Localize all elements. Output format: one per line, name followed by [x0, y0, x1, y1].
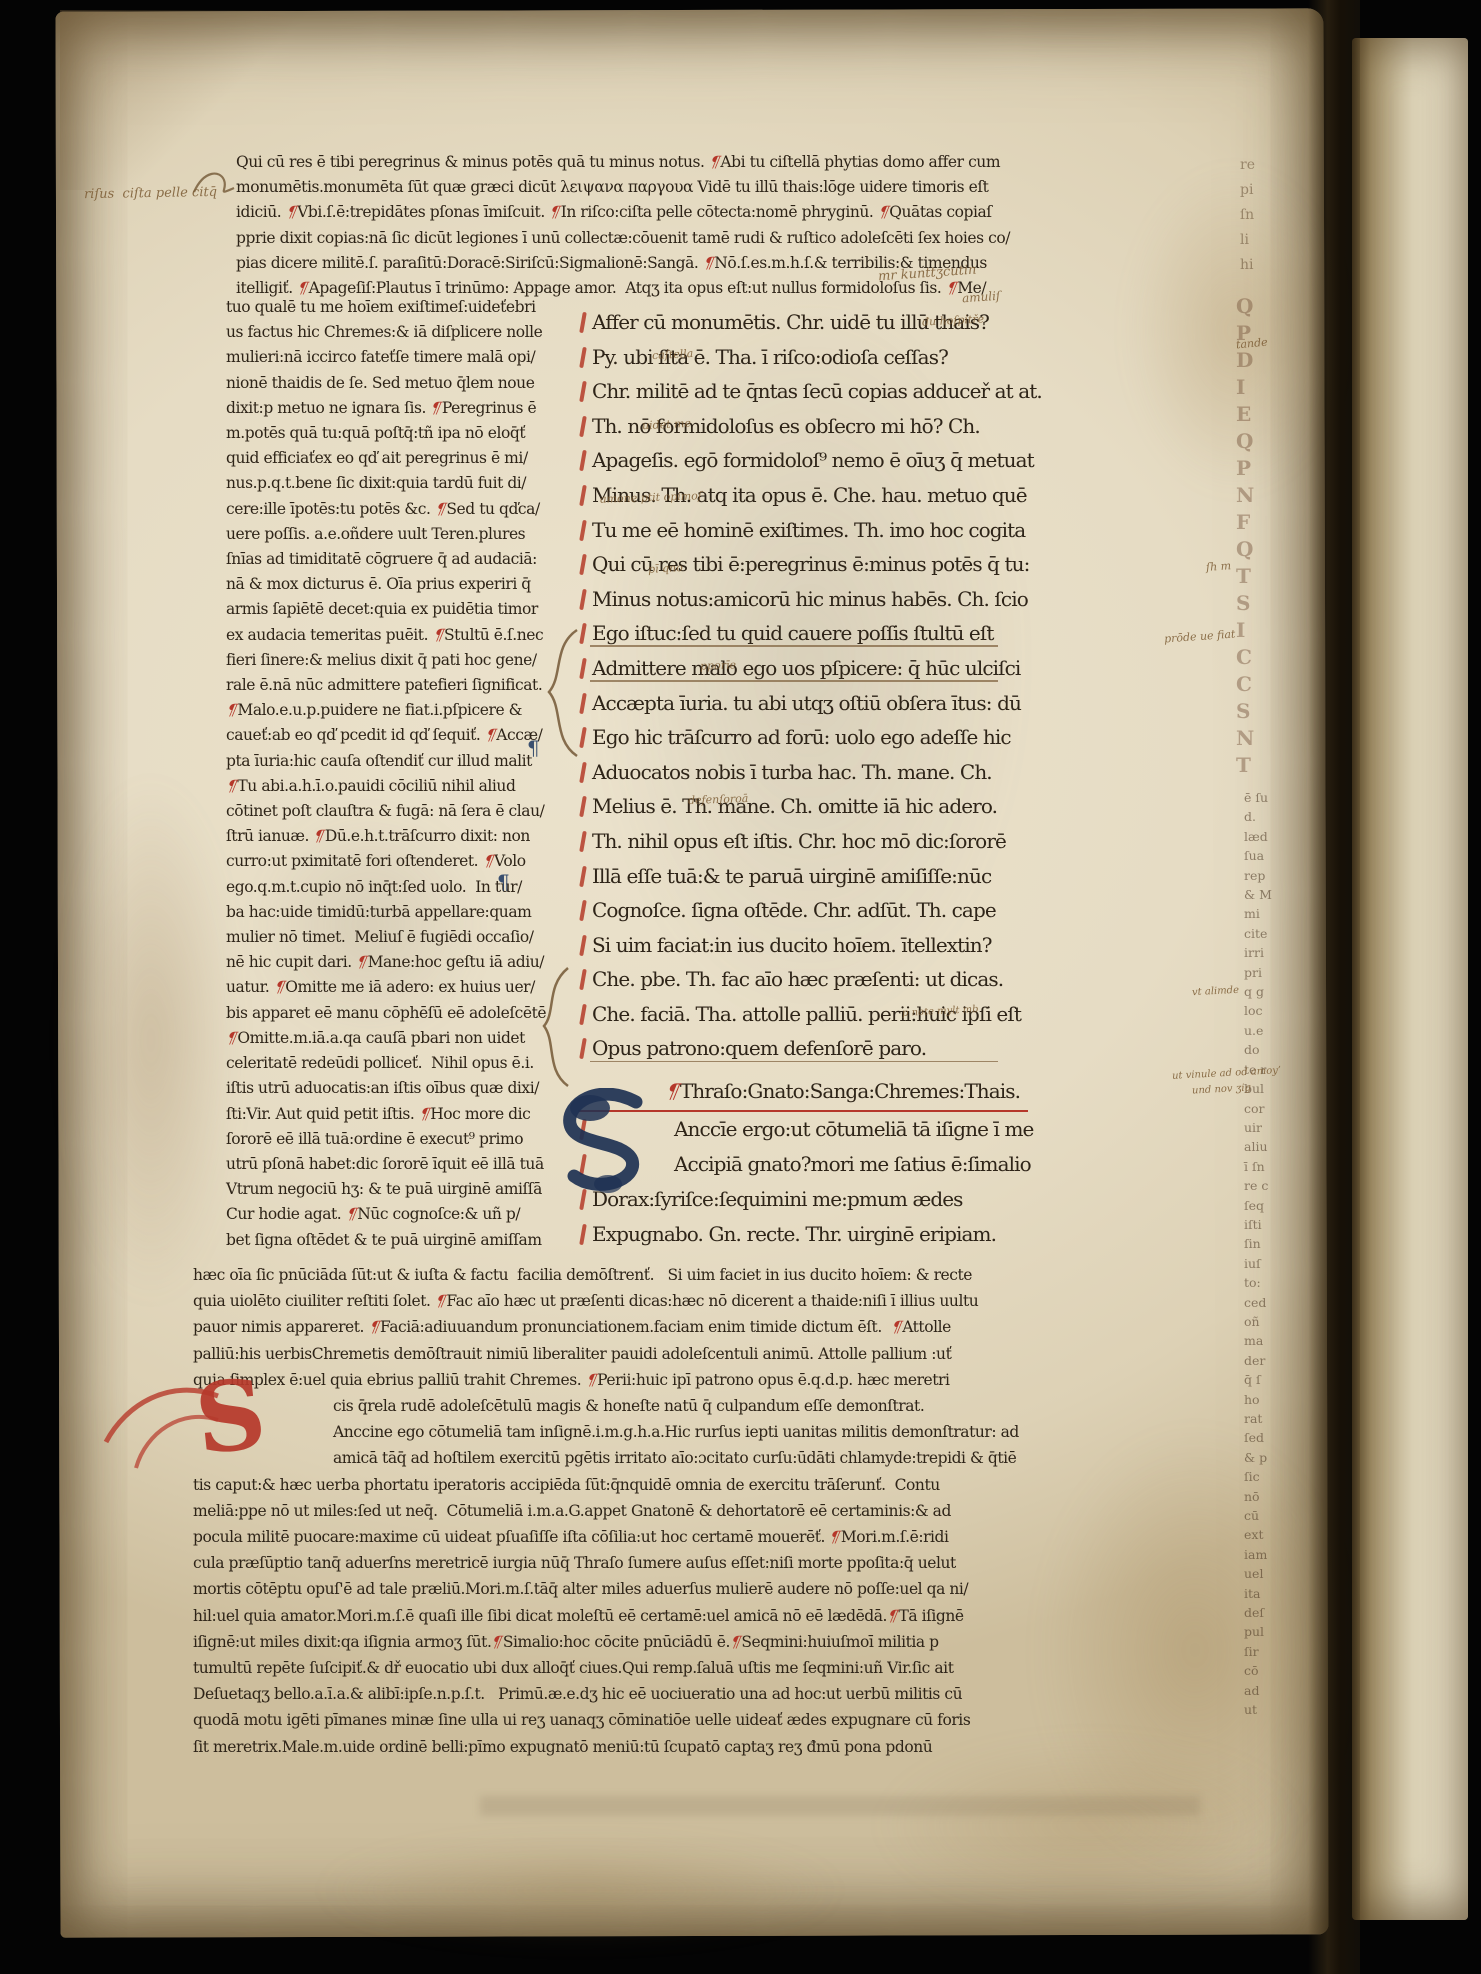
ghost-fragment: oñ [1244, 1312, 1272, 1331]
ghost-capital: C [1236, 644, 1254, 671]
ghost-fragment: ma [1244, 1331, 1272, 1350]
verse-line: Ego iſtuc:ſed tu quid cauere poſſis ſtul… [578, 616, 1028, 651]
commentary-line: tumultū repēte ſuſcipiť.& dř euocatio ub… [193, 1655, 1013, 1681]
commentary-line: ¶Omitte.m.iā.a.qa cauſā pbari non uidet [226, 1026, 576, 1051]
commentary-line: pauor nimis appareret. ¶Faciā:adiuuandum… [193, 1314, 1013, 1340]
ghost-capital: F [1236, 509, 1254, 536]
verse-line: Opus patrono:quem defenſorē paro. [578, 1031, 1028, 1066]
stain [66, 780, 236, 1300]
commentary-line: Qui cū res ē tibi peregrinus & minus pot… [236, 150, 1026, 175]
verse-line: Th. nihil opus eſt iſtis. Chr. hoc mō di… [578, 824, 1028, 859]
ghost-fragment: aliu [1244, 1137, 1272, 1156]
commentary-line: quid efficiaťex eo qď ait peregrinus ē m… [226, 446, 576, 471]
pilcrow-mark: ¶ [224, 774, 239, 799]
commentary-line: bis apparet eē manu cōphēſū eē adoleſcēt… [226, 1001, 576, 1026]
pilcrow-mark: ¶ [876, 200, 891, 225]
blue-ink-paraph: ¶ [527, 736, 540, 760]
commentary-line: pta īuria:hic cauſa oſtendiť cur illud m… [226, 749, 576, 774]
commentary-line: nionē thaidis de ſe. Sed metuo q̄lem nou… [226, 371, 576, 396]
pilcrow-mark: ¶ [433, 1288, 448, 1314]
ghost-capital: S [1236, 590, 1254, 617]
pilcrow-mark: ¶ [701, 251, 716, 276]
ghost-fragment: ced [1244, 1293, 1272, 1312]
commentary-line: Cur hodie agat. ¶Nūc cognoſce:& uñ p/ [226, 1202, 576, 1227]
commentary-line: nā & mox dicturus ē. Oīa prius experiri … [226, 572, 576, 597]
commentary-line: bet ſigna oſtēdet & te puā uirginē amiſſ… [226, 1228, 576, 1253]
ghost-fragment: ē ſu [1244, 788, 1272, 807]
ghost-capital: Q [1236, 536, 1254, 563]
verse-line: Cognoſce. ſigna oſtēde. Chr. adſūt. Th. … [578, 893, 1028, 928]
ghost-fragment: ſua [1244, 846, 1272, 865]
stain [1130, 170, 1340, 490]
commentary-line: dixit:p metuo ne ignara ſis. ¶Peregrinus… [226, 396, 576, 421]
ghost-fragment: re c [1244, 1176, 1272, 1195]
ghost-fragment: mi [1244, 904, 1272, 923]
commentary-line: caueť:ab eo qď pcedit id qď ſequiť. ¶Acc… [226, 723, 576, 748]
ghost-fragment: & p [1244, 1448, 1272, 1467]
verse-line: Che. pbe. Th. fac aīo hæc præſenti: ut d… [578, 962, 1028, 997]
commentary-line: pprie dixit copias:nā ſic dicūt legiones… [236, 226, 1026, 251]
commentary-line: cula præſūptio tanq̄ aduerſns meretricē … [193, 1550, 1013, 1576]
commentary-line: fieri ſinere:& melius dixit q̄ pati hoc … [226, 648, 576, 673]
ghost-fragment: ſic [1244, 1467, 1272, 1486]
commentary-line: ¶Tu abi.a.h.ī.o.pauidi cōciliū nihil ali… [226, 774, 576, 799]
commentary-line: ba hac:uide timidū:turbā appellare:quam [226, 900, 576, 925]
pilcrow-mark: ¶ [224, 1026, 239, 1051]
pilcrow-mark: ¶ [431, 623, 446, 648]
commentary-line: Deſuetaqʒ bello.a.ī.a.& alibī:ipſe.n.p.ſ… [193, 1681, 1013, 1707]
commentary-line: pocula militē puocare:maxime cū uideat p… [193, 1524, 1013, 1550]
ghost-fragment: irri [1244, 943, 1272, 962]
ghost-capital: S [1236, 698, 1254, 725]
commentary-line: ſit meretrix.Male.m.uide ordinē belli:pī… [193, 1734, 1013, 1760]
verse-line: Ego hic trāſcurro ad forū: uolo ego adeſ… [578, 720, 1028, 755]
ghost-fragment: nō [1244, 1487, 1272, 1506]
pilcrow-mark: ¶ [367, 1314, 382, 1340]
ghost-fragment: uir [1244, 1118, 1272, 1137]
commentary-line: Vtrum negociū hʒ: & te puā uirginē amiſſ… [226, 1177, 576, 1202]
commentary-line: cis q̄rela rudē adoleſcētulū magis & hon… [193, 1393, 1013, 1419]
ghost-fragment: u.e [1244, 1021, 1272, 1040]
ghost-fragment: ita [1244, 1584, 1272, 1603]
ghost-fragment: ſeq [1244, 1196, 1272, 1215]
ghost-fragment: iſti [1244, 1215, 1272, 1234]
pilcrow-mark: ¶ [417, 1102, 432, 1127]
ghost-fragment: ho [1244, 1390, 1272, 1409]
verse-line: Melius ē. Th. mane. Ch. omitte iā hic ad… [578, 789, 1028, 824]
ghost-fragment: pri [1244, 963, 1272, 982]
pilcrow-mark: ¶ [312, 824, 327, 849]
ghost-fragment: re [1240, 153, 1255, 178]
verse-line: Qui cū res tibi ē:peregrinus ē:minus pot… [578, 547, 1028, 582]
commentary-line: palliū:his uerbisChremetis demōſtrauit n… [193, 1341, 1013, 1367]
blue-ink-paraph: ¶ [497, 870, 510, 894]
commentary-line: ſtrū ianuæ. ¶Dū.e.h.t.trāſcurro dixit: n… [226, 824, 576, 849]
ghost-fragment: d. [1244, 807, 1272, 826]
commentary-line: idiciū. ¶Vbi.ſ.ē:trepidātes pſonas īmiſc… [236, 200, 1026, 225]
pilcrow-mark: ¶ [707, 150, 722, 175]
verse-line: Accæpta īuria. tu abi utqʒ oſtiū obſera … [578, 686, 1028, 721]
ghost-capital: E [1236, 401, 1254, 428]
verse-line: Si uim faciat:in ius ducito hoīem. ītell… [578, 928, 1028, 963]
commentary-line: armis ſapiētē decet:quia ex puidētia tim… [226, 597, 576, 622]
ghost-fragment: & M [1244, 885, 1272, 904]
ghost-fragment: ad [1244, 1681, 1272, 1700]
verse-line: Illā eſſe tuā:& te paruā uirginē amiſiſſ… [578, 859, 1028, 894]
handwritten-gloss: tande [1235, 336, 1268, 352]
ghost-capital: Q [1236, 293, 1254, 320]
handwritten-gloss: caſtella [652, 347, 694, 362]
ghost-capital: I [1236, 617, 1254, 644]
commentary-line: cōtinet poſt clauſtra & fugā: nā ſera ē … [226, 799, 576, 824]
commentary-line: us factus hic Chremes:& iā diſplicere no… [226, 320, 576, 345]
ghost-fragment: pul [1244, 1622, 1272, 1641]
ghost-fragment: der [1244, 1351, 1272, 1370]
commentary-line: m.potēs quā tu:quā poſtq̄:tñ ipa nō eloq… [226, 421, 576, 446]
commentary-line: ſororē eē illā tuā:ordine ē execut⁹ prim… [226, 1127, 576, 1152]
commentary-line: mulier nō timet. Meliuſ ē fugiēdi occaſi… [226, 925, 576, 950]
ghost-fragment: iuſ [1244, 1254, 1272, 1273]
ghost-fragment: iam [1244, 1545, 1272, 1564]
commentary-line: quia ſimplex ē:uel quia ebrius palliū tr… [193, 1367, 1013, 1393]
ghost-fragment: rat [1244, 1409, 1272, 1428]
ghost-fragment: pi [1240, 178, 1255, 203]
commentary-line: rale ē.nā nūc admittere patefieri ſignif… [226, 673, 576, 698]
pilcrow-mark: ¶ [584, 1367, 599, 1393]
ghost-fragment: cor [1244, 1099, 1272, 1118]
facing-page-top-fragments: repiſnlihi [1240, 153, 1255, 278]
commentary-line: ſti:Vir. Aut quid petit iſtis. ¶Hoc more… [226, 1102, 576, 1127]
commentary-line: meliā:ppe nō ut miles:ſed ut neq̄. Cōtum… [193, 1498, 1013, 1524]
stain [880, 1740, 1300, 1910]
commentary-line: uatur. ¶Omitte me iā adero: ex huius uer… [226, 975, 576, 1000]
commentary-line: cere:ille īpotēs:tu potēs &c. ¶Sed tu qď… [226, 497, 576, 522]
pilcrow-mark: ¶ [433, 497, 448, 522]
commentary-line: ¶Malo.e.u.p.puidere ne fiat.i.pſpicere & [226, 698, 576, 723]
ghost-capital: Q [1236, 428, 1254, 455]
commentary-line: hæc oīa ſic pnūciāda ſūt:ut & iuſta & fa… [193, 1262, 1013, 1288]
verse-line: Tu me eē hominē exiſtimes. Th. imo hoc c… [578, 513, 1028, 548]
pilcrow-mark: ¶ [885, 1603, 900, 1629]
scene-verse-line: Expugnabo. Gn. recte. Thr. uirginē eripi… [578, 1217, 1028, 1252]
show-through-line [480, 1796, 1200, 1816]
verse-line: Aduocatos nobis ī turba hac. Th. mane. C… [578, 755, 1028, 790]
ghost-fragment: q g [1244, 982, 1272, 1001]
pilcrow-mark: ¶ [828, 1524, 843, 1550]
commentary-line: ex audacia temeritas puēit. ¶Stultū ē.ſ.… [226, 623, 576, 648]
ghost-fragment: q̄ ſ [1244, 1370, 1272, 1389]
commentary-line: tis caput:& hæc uerba phortatu iperatori… [193, 1472, 1013, 1498]
commentary-line: utrū pſonā habet:dic ſororē īquit eē ill… [226, 1152, 576, 1177]
pilcrow-mark: ¶ [284, 200, 299, 225]
margin-brace-icon [540, 964, 572, 1090]
ghost-fragment: læd [1244, 827, 1272, 846]
ghost-fragment: ī ſn [1244, 1157, 1272, 1176]
ghost-fragment: ſir [1244, 1642, 1272, 1661]
pilcrow-mark: ¶ [944, 276, 959, 301]
handwritten-gloss: ſh m [1206, 559, 1232, 574]
commentary-line: monumētis.monumēta ſūt quæ græci dicūt λ… [236, 175, 1026, 200]
margin-brace-icon [545, 626, 581, 760]
ghost-capital: P [1236, 455, 1254, 482]
ghost-fragment: ſed [1244, 1428, 1272, 1447]
ghost-capital: I [1236, 374, 1254, 401]
pilcrow-mark: ¶ [728, 1629, 743, 1655]
facing-page-sliver [1352, 38, 1468, 1920]
ghost-capital: N [1236, 482, 1254, 509]
ghost-fragment: deſ [1244, 1603, 1272, 1622]
handwritten-gloss: riſus ciſta pelle citq̄ [84, 185, 217, 202]
ghost-capital: N [1236, 725, 1254, 752]
ghost-fragment: ut [1244, 1700, 1272, 1719]
ghost-capital: T [1236, 752, 1254, 779]
facing-page-text-fragments: ē ſud.lædſuarep& Mmiciteirripriq glocu.e… [1244, 788, 1272, 1720]
pilcrow-mark: ¶ [490, 1629, 505, 1655]
ghost-fragment: hi [1240, 253, 1255, 278]
ghost-fragment: to: [1244, 1273, 1272, 1292]
ghost-fragment: cū [1244, 1506, 1272, 1525]
commentary-line: celeritatē redeūdi polliceť. Nihil opus … [226, 1051, 576, 1076]
ghost-fragment: cō [1244, 1661, 1272, 1680]
red-lombard-initial-s: S [191, 1369, 269, 1466]
ghost-fragment: ſn [1240, 203, 1255, 228]
pilcrow-mark: ¶ [481, 849, 496, 874]
handwritten-gloss: pporīe [700, 658, 736, 672]
handwritten-gloss: defenſoroā [688, 792, 749, 807]
facing-page-line-capitals: QPDIEQPNFQTSICCSNT [1236, 293, 1254, 779]
handwritten-gloss: pī qno [648, 561, 683, 576]
commentary-line: Anccine ego cōtumeliā tam inſignē.i.m.g.… [193, 1419, 1013, 1445]
handwritten-gloss: amuliſ [962, 289, 1001, 306]
commentary-line: nus.p.q.t.bene ſic dixit:quia tardū fuit… [226, 471, 576, 496]
commentary-line: uere poſſis. a.e.oñdere uult Teren.plure… [226, 522, 576, 547]
ghost-fragment: loc [1244, 1001, 1272, 1020]
pilcrow-mark: ¶ [548, 200, 563, 225]
ghost-fragment: rep [1244, 866, 1272, 885]
commentary-line: ſnīas ad timiditatē cōgruere q̄ ad audac… [226, 547, 576, 572]
bottom-commentary-block: hæc oīa ſic pnūciāda ſūt:ut & iuſta & fa… [193, 1262, 1013, 1760]
commentary-line: iſtis utrū aduocatis:an iſtis oībus quæ … [226, 1076, 576, 1101]
ghost-capital: T [1236, 563, 1254, 590]
ghost-capital: C [1236, 671, 1254, 698]
commentary-line: mulieri:nā iccirco fateťſe timere malā o… [226, 345, 576, 370]
ghost-fragment: ſin [1244, 1234, 1272, 1253]
stain [320, 1840, 840, 1940]
pilcrow-mark: ¶ [224, 698, 239, 723]
commentary-line: mortis cōtēptu opuſ'ē ad tale præliū.Mor… [193, 1576, 1013, 1602]
verse-line: Apageſis. egō formidoloſ⁹ nemo ē oīuʒ q̄… [578, 443, 1028, 478]
commentary-line: iſignē:ut miles dixit:qa iſignia armoʒ ſ… [193, 1629, 1013, 1655]
handwritten-gloss: uidet me [642, 417, 692, 433]
scanned-incunable-opening: Qui cū res ē tibi peregrinus & minus pot… [0, 0, 1481, 1974]
commentary-line: nē hic cupit dari. ¶Mane:hoc geſtu iā ad… [226, 950, 576, 975]
commentary-line: quia uiolēto ciuiliter reſtiti ſolet. ¶F… [193, 1288, 1013, 1314]
commentary-line: amicā tāq̄ ad hoſtilem exercitū pgētis i… [193, 1445, 1013, 1471]
verse-line: Minus notus:amicorū hic minus habēs. Ch.… [578, 582, 1028, 617]
pilcrow-mark: ¶ [344, 1202, 359, 1227]
ghost-fragment: li [1240, 228, 1255, 253]
blue-manuscript-initial-s [556, 1088, 668, 1196]
ghost-fragment: uel [1244, 1564, 1272, 1583]
left-commentary-column: tuo qualē tu me hoīem exiſtimeſ:uideťebr… [226, 295, 576, 1253]
commentary-line: quodā motu igēti pīmanes minæ ſine ulla … [193, 1707, 1013, 1733]
verse-line: Admittere malo ego uos pſpicere: q̄ hūc … [578, 651, 1028, 686]
ghost-fragment: cite [1244, 924, 1272, 943]
verse-line: Chr. militē ad te q̄ntas ſecū copias add… [578, 374, 1028, 409]
verse-line: Py. ubi ſita ē. Tha. ī riſco:odioſa ceſſ… [578, 340, 1028, 375]
commentary-line: tuo qualē tu me hoīem exiſtimeſ:uideťebr… [226, 295, 576, 320]
pilcrow-mark: ¶ [429, 396, 444, 421]
commentary-line: hil:uel quia amator.Mori.m.ſ.ē quaſi ill… [193, 1603, 1013, 1629]
pilcrow-mark: ¶ [354, 950, 369, 975]
pilcrow-mark: ¶ [483, 723, 498, 748]
ghost-fragment: do [1244, 1040, 1272, 1059]
commentary-line: curro:ut pximitatē fori oſtenderet. ¶Vol… [226, 849, 576, 874]
commentary-line: ego.q.m.t.cupio nō inq̄t:ſed uolo. In tu… [226, 875, 576, 900]
pilcrow-mark: ¶ [889, 1314, 904, 1340]
pilcrow-mark: ¶ [272, 975, 287, 1000]
ghost-fragment: ext [1244, 1525, 1272, 1544]
